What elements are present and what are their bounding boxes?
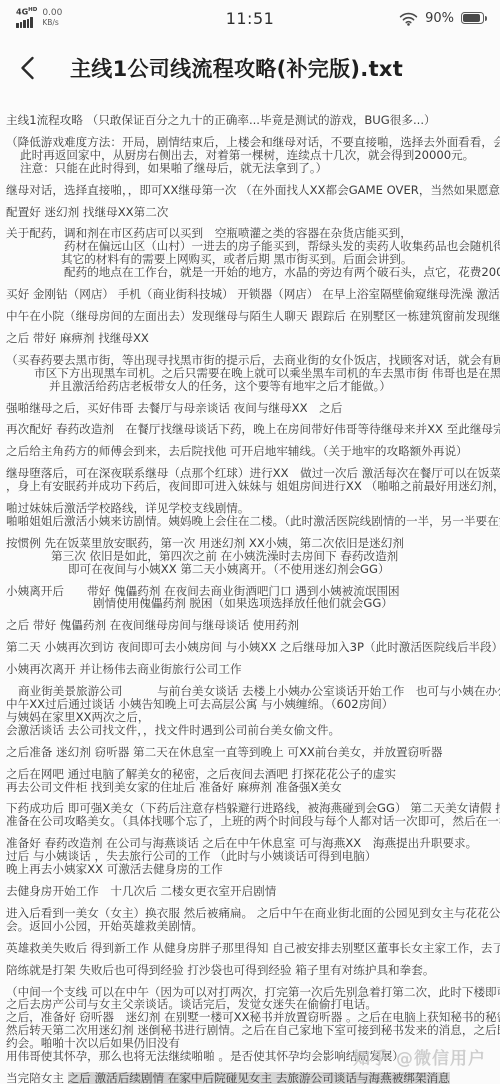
text-line: 继母对话，选择直接啪，，即可XX继母第一次 （在外面找人XX都会GAME OVE… xyxy=(6,184,500,197)
paragraph: 进入后看到一美女（女主）换衣服 然后被痛扁。 之后中午在商业街北面的公园见到女主… xyxy=(6,907,500,933)
paragraph: 英雄救美失败后 得到新工作 从健身房胖子那里得知 自己被安排去别墅区董事长女主家… xyxy=(6,942,500,955)
back-chevron-icon xyxy=(20,56,35,80)
text-line: 约会。啪啪十次以后如果仍旧没有 xyxy=(6,1037,500,1050)
page-title: 主线1公司线流程攻略(补完版).txt xyxy=(70,53,403,83)
paragraph: 小姨离开后 带好 傀儡药剂 在夜间去商业街酒吧门口 遇到小姨被流氓围困剧情使用傀… xyxy=(6,585,500,611)
paragraph: 当完陪女主 之后 激活后续剧情 在家中后院碰见女主 去旅游公司谈话与海燕被绑架消… xyxy=(6,1072,500,1084)
paragraph: 中午在小院（继母房间的左面出去）发现继母与陌生人聊天 跟踪后 在别墅区一栋建筑窗… xyxy=(6,310,500,323)
document-body[interactable]: 主线1流程攻略 （只敢保证百分之九十的正确率...毕竟是测试的游戏，BUG很多.… xyxy=(0,108,500,1084)
text-line: 进入后看到一美女（女主）换衣服 然后被痛扁。 之后中午在商业街北面的公园见到女主… xyxy=(6,907,500,920)
paragraph: （中间一个支线 可以在中午（因为可以对打两次，打完第一次后先别急着打第二次，此时… xyxy=(6,986,500,1063)
text-line: 之后，准备好 窃听器 迷幻剂 在别墅一楼可XX秘书并放置窃听器 。之后在电脑上获… xyxy=(6,1011,500,1024)
network-status: 4GHD 0.00 KB/s xyxy=(16,8,62,29)
text-line: 啪啪姐姐后激活小姨来访剧情。姨妈晚上会住在二楼。（此时激活医院线剧情的一半，另一… xyxy=(6,515,500,528)
text-line: （降低游戏难度方法：开局，剧情结束后，上楼会和继母对话，不要直接啪，选择去外面看… xyxy=(6,136,500,149)
text-line: 即可在夜间与小姨XX 第二天小姨离开。（不使用迷幻剂会GG） xyxy=(6,563,500,576)
paragraph: 下药成功后 即可强X美女（下药后注意存档躲避行进路线，被海燕碰到会GG） 第二天… xyxy=(6,802,500,828)
wifi-icon xyxy=(399,11,418,26)
status-indicators: 90% xyxy=(399,11,484,26)
paragraph: 关于配药，调和剂在市区药店可以买到 空瓶喷灌之类的容器在杂货店能买到，药材在偏远… xyxy=(6,227,500,279)
text-line: 市区下方出现黑车司机。之后只需要在晚上就可以乘坐黑车司机的车去黑市街 伟哥也是在… xyxy=(6,367,500,380)
paragraph: 再次配好 春药改造剂 在餐厅找继母谈话下药，晚上在房间带好伟哥等待继母来并XX … xyxy=(6,423,500,436)
cellular-signal-icon: 4GHD xyxy=(16,8,37,29)
text-line: （买春药要去黑市街，等出现寻找黑市街的提示后，去商业街的女仆饭店，找顾客对话，就… xyxy=(6,354,500,367)
paragraph: 小姨再次离开 并让杨伟去商业街旅行公司工作 xyxy=(6,663,500,676)
paragraph: 配置好 迷幻剂 找继母XX第二次 xyxy=(6,206,500,219)
text-line: 会激活谈话 去公司找文件，，找文件时遇到公司前台美女偷文件。 xyxy=(6,724,500,737)
paragraph: 继母堕落后，可在深夜联系继母（点那个红球）进行XX 做过一次后 激活每次在餐厅可… xyxy=(6,467,500,493)
text-line: 之后 带好 麻痹剂 找继母XX xyxy=(6,332,500,345)
text-line: 之后在网吧 通过电脑了解美女的秘密，之后夜间去酒吧 打探花花公子的虚实 xyxy=(6,768,500,781)
text-line: 商业街美景旅游公司 与前台美女谈话 去楼上小姨办公室谈话开始工作 也可与小姨在办… xyxy=(6,685,500,698)
text-line: 准备好 春药改造剂 在公司与海燕谈话 之后在中午休息室 可与海燕XX 海燕提出升… xyxy=(6,837,500,850)
text-line: 中午在小院（继母房间的左面出去）发现继母与陌生人聊天 跟踪后 在别墅区一栋建筑窗… xyxy=(6,310,500,323)
clock: 11:51 xyxy=(226,9,275,28)
battery-icon xyxy=(461,12,484,24)
text-line: ，身上有安眠药并成功下药后，夜间即可进入妹妹与 姐姐房间进行XX （啪啪之前最好… xyxy=(6,480,500,493)
text-line: 之后给主角药方的师傅会到来，去后院找他 可开启地牢辅线。（关于地牢的攻略额外再说… xyxy=(6,445,500,458)
text-line: 此时再返回家中，从厨房右侧出去，对着第一棵树，连续点十几次，就会得到20000元… xyxy=(6,149,500,162)
text-line: 去健身房开始工作 十几次后 二楼女更衣室开启剧情 xyxy=(6,885,500,898)
highlighted-text: 之后 激活后续剧情 在家中后院碰见女主 去旅游公司谈话与海燕被绑架消息 xyxy=(68,1072,450,1084)
paragraph: 第二天 小姨再次到访 夜间即可去小姨房间 与小姨XX 之后继母加入3P（此时激活… xyxy=(6,641,500,654)
battery-percent: 90% xyxy=(425,11,454,26)
paragraph: 之后 带好 傀儡药剂 在夜间继母房间与继母谈话 使用药剂 xyxy=(6,619,500,632)
text-line: 晚上再去小姨家XX 可激活去健身房的工作 xyxy=(6,863,500,876)
text-line: 关于配药，调和剂在市区药店可以买到 空瓶喷灌之类的容器在杂货店能买到， xyxy=(6,227,500,240)
paragraph: 商业街美景旅游公司 与前台美女谈话 去楼上小姨办公室谈话开始工作 也可与小姨在办… xyxy=(6,685,500,737)
paragraph: 强啪继母之后，买好伟哥 去餐厅与母亲谈话 夜间与继母XX 之后 xyxy=(6,402,500,415)
text-line: 准备在公司攻略美女。（具体找哪个忘了，上班的两个时间段与每个人都对话一次即可，然… xyxy=(6,815,500,828)
text-line: 配药的地点在工作台，就是一开始的地方，水晶的旁边有两个破石头，点它，花费200元… xyxy=(6,266,500,279)
text-line: 第三次 依旧是如此，第四次之前 在小姨洗澡时去房间下 春药改造剂 xyxy=(6,550,500,563)
paragraph: 之后准备 迷幻剂 窃听器 第二天在休息室一直等到晚上 可XX前台美女，并放置窃听… xyxy=(6,746,500,759)
text-line: 主线1流程攻略 （只敢保证百分之九十的正确率...毕竟是测试的游戏，BUG很多.… xyxy=(6,114,500,127)
text-line: 继母堕落后，可在深夜联系继母（点那个红球）进行XX 做过一次后 激活每次在餐厅可… xyxy=(6,467,500,480)
signal-bars-icon xyxy=(16,17,33,28)
paragraph: 去健身房开始工作 十几次后 二楼女更衣室开启剧情 xyxy=(6,885,500,898)
text-line: 会。返回小公园，开始英雄救美剧情。 xyxy=(6,920,500,933)
text-line: 再次配好 春药改造剂 在餐厅找继母谈话下药，晚上在房间带好伟哥等待继母来并XX … xyxy=(6,423,500,436)
text-line: 之后准备 迷幻剂 窃听器 第二天在休息室一直等到晚上 可XX前台美女，并放置窃听… xyxy=(6,746,500,759)
paragraph: 啪过妹妹后激活学校路线，详见学校支线剧情。啪啪姐姐后激活小姨来访剧情。姨妈晚上会… xyxy=(6,502,500,528)
text-line: 小姨再次离开 并让杨伟去商业街旅行公司工作 xyxy=(6,663,500,676)
paragraph: 主线1流程攻略 （只敢保证百分之九十的正确率...毕竟是测试的游戏，BUG很多.… xyxy=(6,114,500,127)
text-line: 然后转天第二次用迷幻剂 迷倒秘书进行剧情。之后在自己家地下室可接到秘书发来的消息… xyxy=(6,1024,500,1037)
paragraph: 陪练就是打架 失败后也可得到经验 打沙袋也可得到经验 箱子里有对练护具和拳套。 xyxy=(6,964,500,977)
text-line: 用伟哥使其怀孕，那么也将无法继续啪啪 。是否使其怀孕均会影响结局发展） xyxy=(6,1050,500,1063)
text-line: 中午XX过后通过谈话 小姨告知晚上可去高层公寓 与小姨缠绵。（602房间） xyxy=(6,698,500,711)
paragraph: 之后给主角药方的师傅会到来，去后院找他 可开启地牢辅线。（关于地牢的攻略额外再说… xyxy=(6,445,500,458)
paragraph: 准备好 春药改造剂 在公司与海燕谈话 之后在中午休息室 可与海燕XX 海燕提出升… xyxy=(6,837,500,876)
text-line: 与姨妈在家里XX两次之后， xyxy=(6,711,500,724)
status-bar: 4GHD 0.00 KB/s 11:51 90% xyxy=(0,0,500,36)
text-line: 其它的材料有的需要上网购买，或者后期 黑市街买到。后面会讲到。 xyxy=(6,253,500,266)
paragraph: （买春药要去黑市街，等出现寻找黑市街的提示后，去商业街的女仆饭店，找顾客对话，就… xyxy=(6,354,500,393)
text-line: 注意：只能在此时得到，如果啪了继母后，就无法拿到了。） xyxy=(6,162,500,175)
text-line: 再去公司文件柜 找到美女家的住址后 准备好 麻痹剂 准备强X美女 xyxy=(6,781,500,794)
paragraph: 之后在网吧 通过电脑了解美女的秘密，之后夜间去酒吧 打探花花公子的虚实再去公司文… xyxy=(6,768,500,794)
text-line: 之后去房产公司与女主父亲谈话。谈话完后，发觉女迷失在偷偷打电话。 xyxy=(6,998,500,1011)
back-button[interactable] xyxy=(16,55,38,81)
paragraph: （降低游戏难度方法：开局，剧情结束后，上楼会和继母对话，不要直接啪，选择去外面看… xyxy=(6,136,500,175)
text-line: 之后 带好 傀儡药剂 在夜间继母房间与继母谈话 使用药剂 xyxy=(6,619,500,632)
phone-screen: 4GHD 0.00 KB/s 11:51 90% xyxy=(0,0,500,1084)
text-line: 英雄救美失败后 得到新工作 从健身房胖子那里得知 自己被安排去别墅区董事长女主家… xyxy=(6,942,500,955)
text-line: 第二天 小姨再次到访 夜间即可去小姨房间 与小姨XX 之后继母加入3P（此时激活… xyxy=(6,641,500,654)
text-line: 按惯例 先在饭菜里放安眠药，第一次 用迷幻剂 XX小姨，第二次依旧是迷幻剂 xyxy=(6,537,500,550)
text-line: 陪练就是打架 失败后也可得到经验 打沙袋也可得到经验 箱子里有对练护具和拳套。 xyxy=(6,964,500,977)
title-bar: 主线1公司线流程攻略(补完版).txt xyxy=(0,36,500,100)
text-line: （中间一个支线 可以在中午（因为可以对打两次，打完第一次后先别急着打第二次，此时… xyxy=(6,986,500,999)
paragraph: 之后 带好 麻痹剂 找继母XX xyxy=(6,332,500,345)
text-line: 药材在偏远山区（山村）一进去的房子能买到，帮绿头发的卖药人收集药品也会随机得到药… xyxy=(6,240,500,253)
paragraph: 继母对话，选择直接啪，，即可XX继母第一次 （在外面找人XX都会GAME OVE… xyxy=(6,184,500,197)
text-line: 配置好 迷幻剂 找继母XX第二次 xyxy=(6,206,500,219)
text-line: 下药成功后 即可强X美女（下药后注意存档躲避行进路线，被海燕碰到会GG） 第二天… xyxy=(6,802,500,815)
text-line: 啪过妹妹后激活学校路线，详见学校支线剧情。 xyxy=(6,502,500,515)
text-line: 剧情使用傀儡药剂 脱困（如果选项选择放任他们就会GG） xyxy=(6,597,500,610)
network-speed: 0.00 KB/s xyxy=(42,9,62,27)
text-line: 过后 与小姨谈话 ，失去旅行公司的工作 （此时与小姨谈话可得到电脑） xyxy=(6,850,500,863)
text-line: 强啪继母之后，买好伟哥 去餐厅与母亲谈话 夜间与继母XX 之后 xyxy=(6,402,500,415)
text-line: 小姨离开后 带好 傀儡药剂 在夜间去商业街酒吧门口 遇到小姨被流氓围困 xyxy=(6,585,500,598)
text-line: 买好 金刚钻（网店） 手机（商业街科技城） 开锁器（网店） 在早上浴室隔壁偷窥继… xyxy=(6,288,500,301)
text-line: 并且激活给药店老板带女人的任务，这个要等有地牢之后才能做。） xyxy=(6,380,500,393)
text-line: 当完陪女主 之后 激活后续剧情 在家中后院碰见女主 去旅游公司谈话与海燕被绑架消… xyxy=(6,1072,500,1084)
paragraph: 买好 金刚钻（网店） 手机（商业街科技城） 开锁器（网店） 在早上浴室隔壁偷窥继… xyxy=(6,288,500,301)
paragraph: 按惯例 先在饭菜里放安眠药，第一次 用迷幻剂 XX小姨，第二次依旧是迷幻剂第三次… xyxy=(6,537,500,576)
